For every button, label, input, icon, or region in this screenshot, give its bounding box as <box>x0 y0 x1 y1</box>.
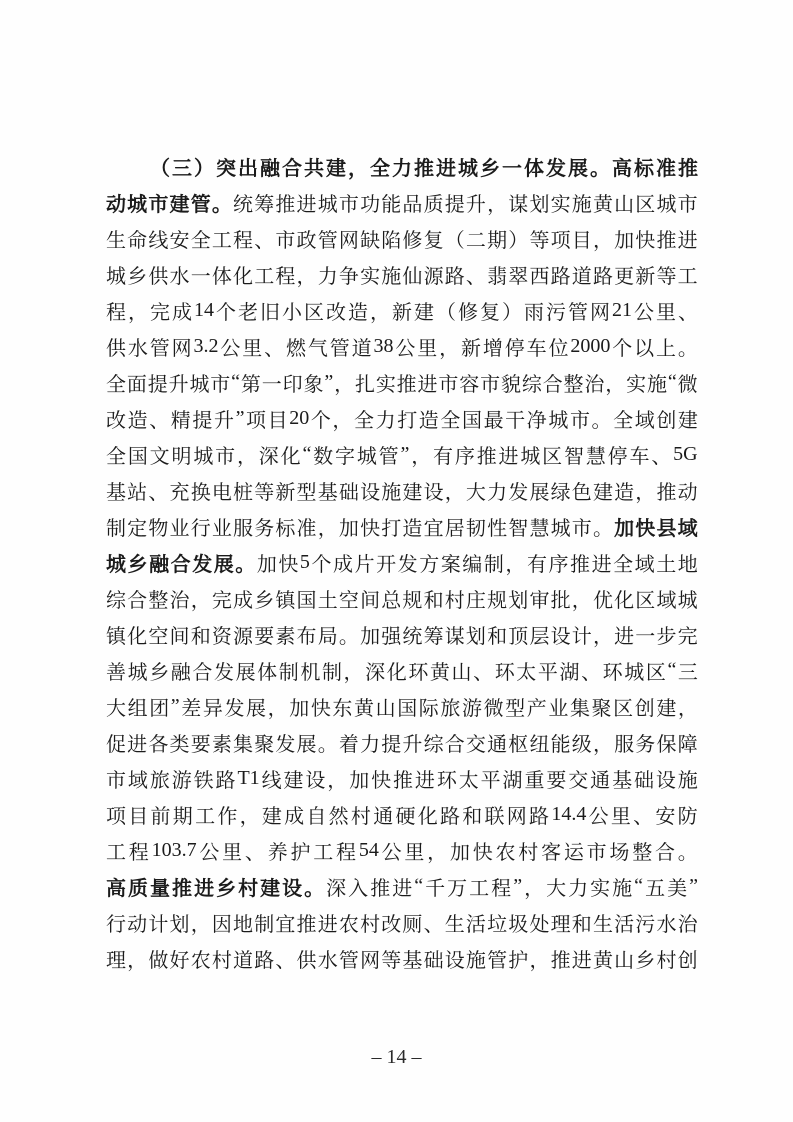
glyph: 市 <box>480 368 500 397</box>
glyph: 程 <box>106 296 126 325</box>
glyph: 造 <box>402 512 422 541</box>
glyph: 推 <box>656 224 676 253</box>
glyph: 建 <box>262 800 282 829</box>
glyph: 命 <box>127 224 147 253</box>
glyph: 市 <box>339 188 359 217</box>
glyph: 充 <box>170 476 190 505</box>
glyph: 素 <box>275 620 295 649</box>
glyph: 完 <box>150 296 170 325</box>
glyph: 加 <box>289 692 309 721</box>
glyph: 进 <box>614 620 634 649</box>
glyph: 工 <box>469 872 489 901</box>
glyph: 、 <box>264 332 284 361</box>
glyph: 乡 <box>254 584 274 613</box>
glyph: 快 <box>360 512 380 541</box>
glyph: 化 <box>233 260 253 289</box>
glyph: 统 <box>233 188 253 217</box>
glyph: 供 <box>148 260 168 289</box>
glyph: 际 <box>419 692 439 721</box>
text-line: 善城乡融合发展体制机制，深化环黄山、环太平湖、环城区“三 <box>106 652 698 688</box>
glyph: 个 <box>311 548 331 577</box>
glyph: ” <box>324 371 333 394</box>
glyph: 加 <box>360 620 380 649</box>
glyph: 湖 <box>503 764 523 793</box>
glyph: 加 <box>614 224 634 253</box>
glyph: 融 <box>149 548 169 577</box>
glyph: 基 <box>612 764 632 793</box>
glyph: 、 <box>651 440 671 469</box>
glyph: 环 <box>408 656 428 685</box>
glyph: 城 <box>189 368 209 397</box>
glyph: 建 <box>170 188 190 217</box>
glyph: 文 <box>150 440 170 469</box>
glyph: 停 <box>608 440 628 469</box>
glyph: 展 <box>246 692 266 721</box>
glyph: 通 <box>590 764 610 793</box>
glyph: 实 <box>376 368 396 397</box>
glyph: 黄 <box>354 692 374 721</box>
text-line: 程，完成14个老旧小区改造，新建（修复）雨污管网21公里、 <box>106 292 698 328</box>
glyph: 市 <box>215 440 235 469</box>
glyph: 务 <box>635 728 655 757</box>
glyph: 展 <box>236 656 256 685</box>
glyph: 村 <box>518 836 538 865</box>
glyph: 厕 <box>402 908 422 937</box>
glyph: 布 <box>297 620 317 649</box>
glyph: 总 <box>381 584 401 613</box>
text-line: 理，做好农村道路、供水管网等基础设施管护，推进黄山乡村创 <box>106 940 698 976</box>
glyph: 资 <box>212 620 232 649</box>
glyph: 一 <box>502 152 522 181</box>
glyph: 东 <box>332 692 352 721</box>
glyph: 修 <box>458 296 478 325</box>
glyph: 规 <box>487 584 507 613</box>
glyph: 目 <box>128 800 148 829</box>
glyph: 、 <box>633 800 653 829</box>
glyph: 高 <box>612 152 632 181</box>
glyph: 体 <box>212 260 232 289</box>
glyph: 区 <box>613 692 633 721</box>
glyph: 实 <box>626 368 646 397</box>
glyph: 雨 <box>524 296 544 325</box>
glyph: 城 <box>127 188 147 217</box>
glyph: 二 <box>466 224 486 253</box>
glyph: 造 <box>128 404 148 433</box>
glyph: 。 <box>678 836 698 865</box>
glyph: 划 <box>466 620 486 649</box>
glyph: 推 <box>297 908 317 937</box>
glyph: 设 <box>282 872 302 901</box>
glyph: 施 <box>678 764 698 793</box>
glyph: 创 <box>656 404 676 433</box>
glyph: 慧 <box>529 512 549 541</box>
glyph: 发 <box>214 656 234 685</box>
glyph: 类 <box>170 728 190 757</box>
glyph: 加 <box>450 836 470 865</box>
glyph: 推 <box>397 368 417 397</box>
glyph: ， <box>240 800 260 829</box>
glyph: 提 <box>445 188 465 217</box>
glyph: 全 <box>613 548 633 577</box>
glyph: 太 <box>516 656 536 685</box>
glyph: 、 <box>678 296 698 325</box>
text-line: 基站、充换电桩等新型基础设施建设，大力发展绿色建造，推动 <box>106 472 698 508</box>
glyph: 升 <box>402 728 422 757</box>
glyph: ， <box>572 584 592 613</box>
glyph: 加 <box>257 548 277 577</box>
glyph: 增 <box>483 332 503 361</box>
glyph: 力 <box>568 872 588 901</box>
glyph: 物 <box>148 512 168 541</box>
glyph: 展 <box>529 476 549 505</box>
glyph: 前 <box>151 800 171 829</box>
glyph: 目 <box>572 224 592 253</box>
glyph: 造 <box>419 404 439 433</box>
glyph: 程 <box>491 872 511 901</box>
glyph: 域 <box>128 764 148 793</box>
glyph: 升 <box>214 404 234 433</box>
glyph: 污 <box>546 296 566 325</box>
glyph: 组 <box>128 692 148 721</box>
glyph: ， <box>593 224 613 253</box>
glyph: 建 <box>260 872 280 901</box>
glyph: ， <box>191 908 211 937</box>
glyph: 20 <box>289 407 309 430</box>
glyph: 完 <box>212 584 232 613</box>
glyph: ， <box>593 620 613 649</box>
glyph: 工 <box>106 836 126 865</box>
glyph: 标 <box>634 152 654 181</box>
glyph: 供 <box>297 944 317 973</box>
glyph: ， <box>348 152 368 181</box>
glyph: 活 <box>614 908 634 937</box>
glyph: 快 <box>473 836 493 865</box>
glyph: 障 <box>678 728 698 757</box>
glyph: 电 <box>212 476 232 505</box>
glyph: 城 <box>193 440 213 469</box>
glyph: 翠 <box>508 260 528 289</box>
glyph: 做 <box>148 944 168 973</box>
glyph: 合 <box>445 728 465 757</box>
glyph: 划 <box>529 188 549 217</box>
glyph: 市 <box>570 404 590 433</box>
glyph: 和 <box>487 620 507 649</box>
text-line: 全国文明城市，深化“数字城管”，有序推进城区智慧停车、5G <box>106 436 698 472</box>
glyph: ， <box>605 368 625 397</box>
glyph: 仙 <box>402 260 422 289</box>
glyph: ， <box>487 188 507 217</box>
glyph: 聚 <box>254 728 274 757</box>
glyph: 等 <box>254 476 274 505</box>
glyph: 质 <box>128 872 148 901</box>
glyph: ， <box>191 584 211 613</box>
glyph: 发 <box>275 728 295 757</box>
glyph: 市 <box>275 224 295 253</box>
glyph: 管 <box>191 188 211 217</box>
glyph: “ <box>302 443 311 466</box>
glyph: 设 <box>424 476 444 505</box>
glyph: 车 <box>527 332 547 361</box>
glyph: 地 <box>678 548 698 577</box>
glyph: 旅 <box>150 764 170 793</box>
glyph: 路 <box>254 944 274 973</box>
glyph: 施 <box>647 368 667 397</box>
glyph: 生 <box>106 224 126 253</box>
glyph: 5G <box>673 443 697 466</box>
glyph: 城 <box>357 440 377 469</box>
glyph: 推 <box>477 440 497 469</box>
glyph: 54 <box>359 839 379 862</box>
glyph: 湖 <box>559 656 579 685</box>
glyph: 、 <box>245 836 265 865</box>
glyph: 停 <box>505 332 525 361</box>
glyph: 平 <box>538 656 558 685</box>
glyph: 建 <box>414 296 434 325</box>
glyph: 力 <box>487 476 507 505</box>
glyph: 好 <box>170 944 190 973</box>
glyph: 异 <box>203 692 223 721</box>
glyph: 推 <box>393 764 413 793</box>
glyph: 等 <box>656 260 676 289</box>
glyph: 103.7 <box>152 839 197 862</box>
glyph: 施 <box>381 260 401 289</box>
glyph: 安 <box>170 224 190 253</box>
text-line: 行动计划，因地制宜推进农村改厕、生活垃圾处理和生活污水治 <box>106 904 698 940</box>
text-line: 镇化空间和资源要素布局。加强统筹谋划和顶层设计，进一步完 <box>106 616 698 652</box>
glyph: 市 <box>572 512 592 541</box>
glyph: 印 <box>283 368 303 397</box>
glyph: 提 <box>381 728 401 757</box>
glyph: 有 <box>527 548 547 577</box>
glyph: 顶 <box>508 620 528 649</box>
glyph: 黄 <box>593 188 613 217</box>
glyph: 位 <box>549 332 569 361</box>
glyph: 深 <box>365 656 385 685</box>
glyph: 、 <box>466 260 486 289</box>
text-line: 全面提升城市“第一印象”，扎实推进市容市貌综合整治，实施“微 <box>106 364 698 400</box>
glyph: 作 <box>217 800 237 829</box>
glyph: 重 <box>524 764 544 793</box>
glyph: 管 <box>318 224 338 253</box>
glyph: 村 <box>656 944 676 973</box>
glyph: 。 <box>593 512 613 541</box>
glyph: 宜 <box>424 512 444 541</box>
glyph: 、 <box>148 476 168 505</box>
glyph: 修 <box>402 224 422 253</box>
glyph: 力 <box>360 728 380 757</box>
glyph: 产 <box>527 692 547 721</box>
glyph: 聚 <box>592 692 612 721</box>
glyph: 审 <box>529 584 549 613</box>
glyph: 推 <box>551 944 571 973</box>
glyph: ， <box>635 476 655 505</box>
glyph: 公 <box>589 800 609 829</box>
glyph: 扎 <box>355 368 375 397</box>
glyph: 管 <box>330 332 350 361</box>
glyph: 微 <box>484 692 504 721</box>
glyph: 空 <box>148 620 168 649</box>
glyph: 实 <box>590 872 610 901</box>
glyph: 有 <box>433 440 453 469</box>
glyph: 开 <box>376 548 396 577</box>
glyph: 划 <box>508 584 528 613</box>
glyph: 保 <box>656 728 676 757</box>
glyph: 一 <box>191 260 211 289</box>
glyph: 规 <box>402 584 422 613</box>
text-line: 综合整治，完成乡镇国土空间总规和村庄规划审批，优化区域城 <box>106 580 698 616</box>
glyph: 管 <box>487 944 507 973</box>
glyph: 建 <box>402 476 422 505</box>
glyph: ， <box>411 440 431 469</box>
glyph: 新 <box>461 332 481 361</box>
glyph: 纽 <box>529 728 549 757</box>
glyph: 善 <box>106 656 126 685</box>
glyph: 3.2 <box>194 335 219 358</box>
glyph: 集 <box>570 692 590 721</box>
glyph: 功 <box>360 188 380 217</box>
glyph: 和 <box>191 620 211 649</box>
glyph: 进 <box>436 152 456 181</box>
glyph: 力 <box>392 152 412 181</box>
glyph: 新 <box>275 476 295 505</box>
glyph: 太 <box>459 764 479 793</box>
glyph: 区 <box>635 584 655 613</box>
glyph: 建 <box>656 692 676 721</box>
glyph: 团 <box>149 692 169 721</box>
glyph: 展 <box>568 152 588 181</box>
glyph: 推 <box>370 872 390 901</box>
glyph: 发 <box>192 548 212 577</box>
glyph: 地 <box>233 908 253 937</box>
glyph: 划 <box>170 908 190 937</box>
glyph: 级 <box>572 728 592 757</box>
glyph: 建 <box>593 476 613 505</box>
glyph: 推 <box>678 152 698 181</box>
glyph: 要 <box>191 728 211 757</box>
glyph: 西 <box>529 260 549 289</box>
glyph: 路 <box>551 260 571 289</box>
glyph: 环 <box>495 656 515 685</box>
glyph: ， <box>678 692 698 721</box>
glyph: 网 <box>590 296 610 325</box>
glyph: 城 <box>318 188 338 217</box>
glyph: 工 <box>254 260 274 289</box>
glyph: 乡 <box>127 260 147 289</box>
glyph: 期 <box>487 224 507 253</box>
glyph: 设 <box>656 764 676 793</box>
glyph: 成 <box>333 548 353 577</box>
glyph: 源 <box>233 620 253 649</box>
glyph: 化 <box>418 800 438 829</box>
glyph: 定 <box>127 512 147 541</box>
text-line: 动城市建管。统筹推进城市功能品质提升，谋划实施黄山区城市 <box>106 184 698 220</box>
glyph: 市 <box>106 764 126 793</box>
glyph: 设 <box>551 620 571 649</box>
glyph: 性 <box>487 512 507 541</box>
glyph: ” <box>171 695 180 718</box>
glyph: ， <box>128 296 148 325</box>
glyph: 筹 <box>424 620 444 649</box>
glyph: 小 <box>282 296 302 325</box>
glyph: 、 <box>424 908 444 937</box>
glyph: 全 <box>106 440 126 469</box>
glyph: 争 <box>339 260 359 289</box>
glyph: 大 <box>106 692 126 721</box>
glyph: 快 <box>311 692 331 721</box>
glyph: ， <box>370 296 390 325</box>
glyph: ” <box>513 875 522 898</box>
glyph: 庄 <box>466 584 486 613</box>
glyph: 活 <box>466 908 486 937</box>
glyph: 38 <box>374 335 394 358</box>
glyph: 道 <box>352 332 372 361</box>
glyph: 进 <box>572 944 592 973</box>
glyph: 山 <box>376 692 396 721</box>
glyph: “ <box>668 371 677 394</box>
glyph: 发 <box>546 152 566 181</box>
glyph: 基 <box>106 476 126 505</box>
glyph: 案 <box>441 548 461 577</box>
glyph: T1 <box>237 767 259 790</box>
glyph: 乡 <box>128 548 148 577</box>
glyph: 一 <box>635 620 655 649</box>
glyph: 智 <box>564 440 584 469</box>
glyph: 进 <box>297 188 317 217</box>
glyph: 入 <box>348 872 368 901</box>
glyph: 集 <box>233 728 253 757</box>
glyph: 程 <box>233 224 253 253</box>
glyph: 合 <box>192 656 212 685</box>
glyph: 污 <box>635 908 655 937</box>
glyph: 垃 <box>487 908 507 937</box>
glyph: 准 <box>656 152 676 181</box>
glyph: ， <box>332 404 352 433</box>
glyph: 个 <box>216 296 236 325</box>
glyph: 枢 <box>508 728 528 757</box>
glyph: 慧 <box>586 440 606 469</box>
glyph: 造 <box>348 296 368 325</box>
glyph: 设 <box>305 764 325 793</box>
glyph: 国 <box>462 404 482 433</box>
glyph: 桩 <box>233 476 253 505</box>
glyph: 高 <box>106 872 126 901</box>
glyph: 游 <box>172 764 192 793</box>
glyph: 网 <box>172 332 192 361</box>
glyph: 燃 <box>286 332 306 361</box>
glyph: 提 <box>148 368 168 397</box>
glyph: 准 <box>297 512 317 541</box>
glyph: 工 <box>195 800 215 829</box>
glyph: 成 <box>233 584 253 613</box>
glyph: 路 <box>440 800 460 829</box>
glyph: 站 <box>127 476 147 505</box>
glyph: 万 <box>447 872 467 901</box>
glyph: 服 <box>233 512 253 541</box>
glyph: 2000 <box>570 335 610 358</box>
glyph: 乡 <box>480 152 500 181</box>
glyph: 标 <box>275 512 295 541</box>
glyph: 施 <box>572 188 592 217</box>
glyph: 筹 <box>254 188 274 217</box>
glyph: 加 <box>349 764 369 793</box>
glyph: 容 <box>459 368 479 397</box>
glyph: “ <box>414 875 423 898</box>
glyph: 面 <box>127 368 147 397</box>
glyph: “ <box>634 875 643 898</box>
glyph: 、 <box>275 944 295 973</box>
glyph: 市 <box>678 188 698 217</box>
glyph: ， <box>344 656 364 685</box>
